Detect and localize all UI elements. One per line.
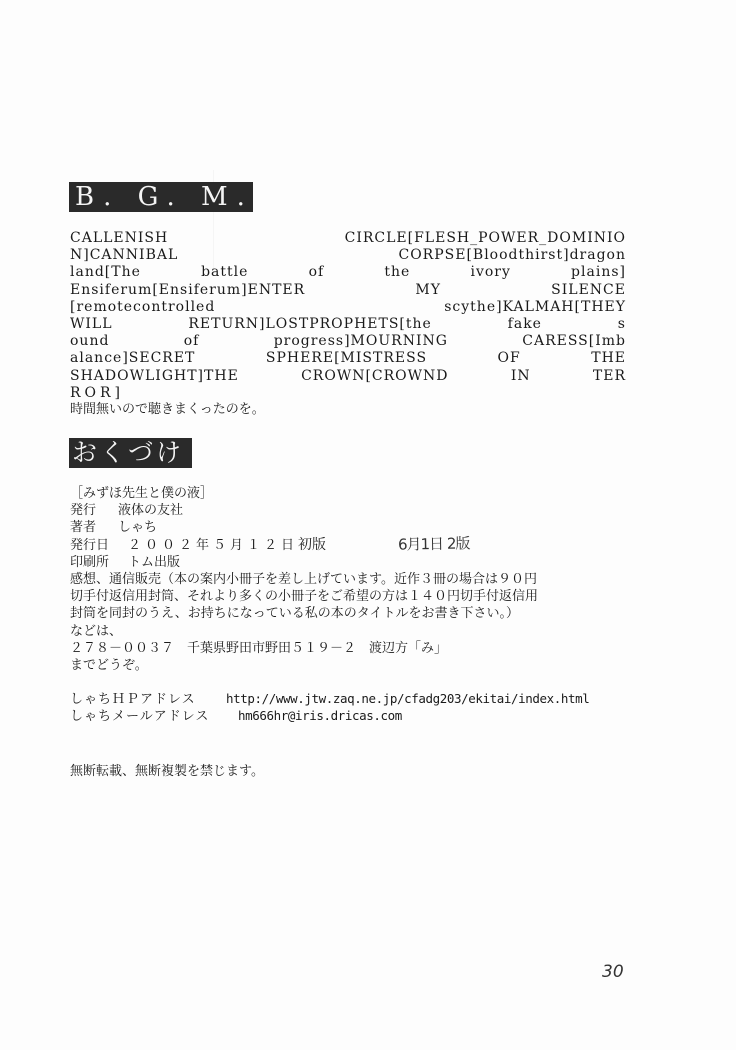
mail-order-line: 感想、通信販売（本の案内小冊子を差し上げています。近作３冊の場合は９０円 (70, 571, 650, 588)
page-number: 30 (602, 962, 624, 982)
author-row: 著者しゃち (70, 519, 650, 536)
bgm-line: SHADOWLIGHT]THE CROWN[CROWND IN TER (70, 368, 626, 385)
postal-address: ２７８－００３７ 千葉県野田市野田５１９－２ 渡辺方「み」 (70, 640, 650, 657)
bgm-line: alance]SECRET SPHERE[MISTRESS OF THE (70, 350, 626, 367)
publisher-row: 発行液体の友社 (70, 502, 650, 519)
date-row: 発行日２００２年５月１２日初版 (70, 537, 650, 554)
colophon-body: ［みずほ先生と僕の液］ 発行液体の友社 著者しゃち 発行日２００２年５月１２日初… (70, 485, 650, 674)
date-label: 発行日 (70, 537, 128, 554)
edition-label: 初版 (298, 537, 326, 553)
mail-order-line: などは、 (70, 623, 650, 640)
bgm-line: ROR] (70, 385, 626, 402)
bgm-track-list: CALLENISH CIRCLE[FLESH_POWER_DOMINIO N]C… (70, 230, 626, 402)
bgm-line: WILL RETURN]LOSTPROPHETS[the fake s (70, 316, 626, 333)
copyright-notice: 無断転載、無断複製を禁じます。 (70, 760, 264, 779)
colophon-heading: おくづけ (69, 438, 192, 468)
date-value: ２００２年５月１２日 (128, 538, 298, 553)
printer-label: 印刷所 (70, 554, 128, 571)
mail-order-line: 切手付返信用封筒、それより多くの小冊子をご希望の方は１４０円切手付返信用 (70, 588, 650, 605)
bgm-line: land[The battle of the ivory plains] (70, 264, 626, 281)
book-title: ［みずほ先生と僕の液］ (70, 485, 650, 502)
bgm-line: CALLENISH CIRCLE[FLESH_POWER_DOMINIO (70, 230, 626, 247)
homepage-row: しゃちＨＰアドレスhttp://www.jtw.zaq.ne.jp/cfadg2… (70, 690, 589, 707)
mail-order-line: 封筒を同封のうえ、お持ちになっている私の本のタイトルをお書き下さい。） (70, 605, 650, 622)
homepage-label: しゃちＨＰアドレス (70, 691, 226, 708)
author-label: 著者 (70, 519, 118, 536)
bgm-comment: 時間無いので聴きまくったのを。 (70, 401, 265, 418)
handwritten-second-edition-note: 6月1日 2版 (398, 532, 470, 554)
homepage-url[interactable]: http://www.jtw.zaq.ne.jp/cfadg203/ekitai… (226, 691, 589, 706)
contact-links: しゃちＨＰアドレスhttp://www.jtw.zaq.ne.jp/cfadg2… (70, 690, 589, 724)
bgm-line: N]CANNIBAL CORPSE[Bloodthirst]dragon (70, 247, 626, 264)
email-address[interactable]: hm666hr@iris.dricas.com (238, 708, 402, 723)
publisher-value: 液体の友社 (118, 503, 183, 518)
mail-order-line: までどうぞ。 (70, 657, 650, 674)
printer-row: 印刷所トム出版 (70, 554, 650, 571)
email-label: しゃちメールアドレス (70, 708, 238, 725)
bgm-line: Ensiferum[Ensiferum]ENTER MY SILENCE (70, 282, 626, 299)
publisher-label: 発行 (70, 502, 118, 519)
printer-value: トム出版 (128, 555, 180, 570)
author-value: しゃち (118, 520, 157, 535)
bgm-line: [remotecontrolled scythe]KALMAH[THEY (70, 299, 626, 316)
email-row: しゃちメールアドレスhm666hr@iris.dricas.com (70, 707, 589, 724)
bgm-line: ound of progress]MOURNING CARESS[Imb (70, 333, 626, 350)
bgm-heading: B. G. M. (69, 182, 253, 212)
